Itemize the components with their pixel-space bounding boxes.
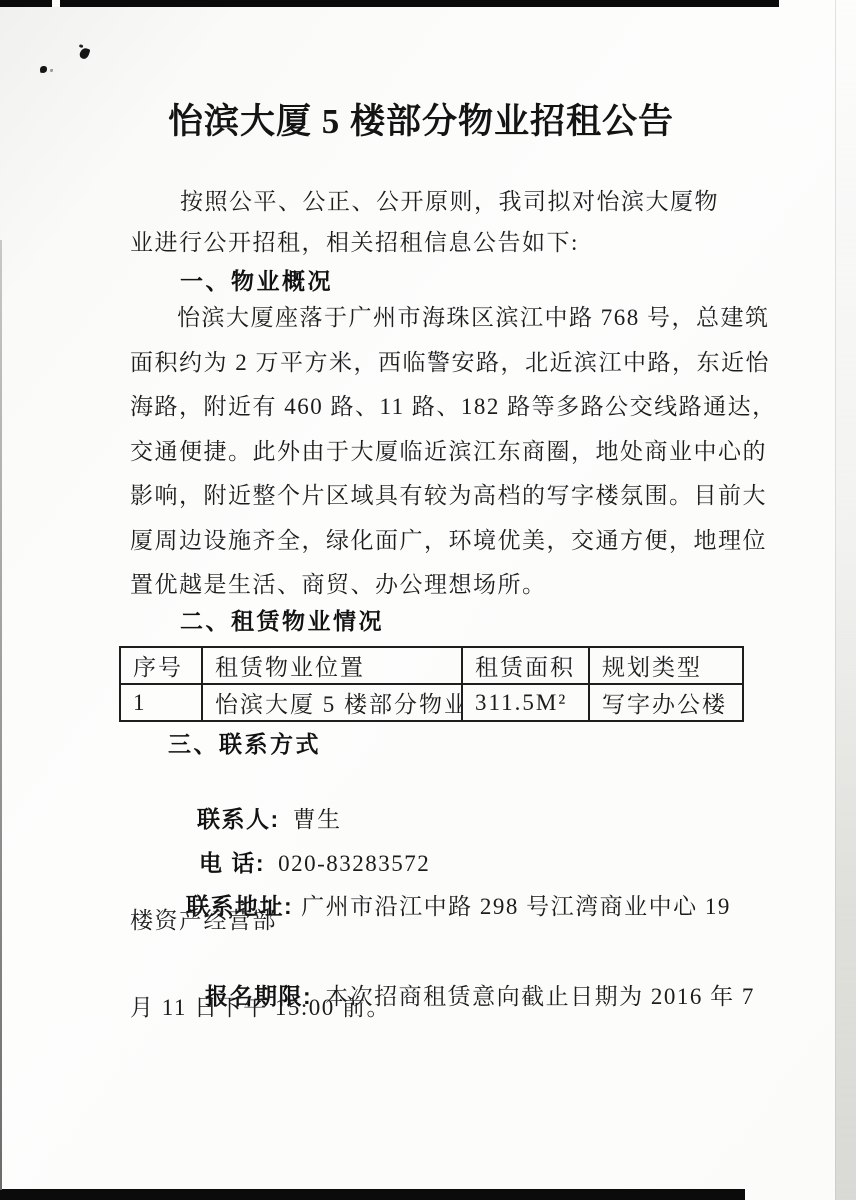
- overview-line-3: 海路，附近有 460 路、11 路、182 路等多路公交线路通达，: [130, 392, 777, 422]
- scanned-notice-page: 怡滨大厦 5 楼部分物业招租公告 按照公平、公正、公开原则，我司拟对怡滨大厦物 …: [0, 0, 856, 1200]
- overview-line-7: 置优越是生活、商贸、办公理想场所。: [130, 570, 547, 600]
- scan-edge-bottom: [0, 1189, 745, 1200]
- overview-line-2: 面积约为 2 万平方米，西临警安路，北近滨江中路，东近怡: [130, 348, 770, 378]
- overview-line-1: 怡滨大厦座落于广州市海珠区滨江中路 768 号，总建筑: [177, 303, 770, 333]
- table-header-row: 序号 租赁物业位置 租赁面积 规划类型: [120, 647, 743, 684]
- table-header-type: 规划类型: [589, 647, 743, 684]
- table-header-seq: 序号: [120, 647, 202, 684]
- cell-location: 怡滨大厦 5 楼部分物业: [202, 684, 462, 721]
- scan-speck: [40, 66, 47, 73]
- overview-line-5: 影响，附近整个片区域具有较为高档的写字楼氛围。目前大: [130, 481, 767, 511]
- section3-heading: 三、联系方式: [168, 729, 321, 759]
- scan-edge-right: [835, 0, 856, 1200]
- overview-line-4: 交通便捷。此外由于大厦临近滨江东商圈，地处商业中心的: [130, 437, 767, 467]
- section2-heading: 二、租赁物业情况: [180, 606, 384, 636]
- rental-property-table: 序号 租赁物业位置 租赁面积 规划类型 1 怡滨大厦 5 楼部分物业 311.5…: [119, 646, 744, 722]
- intro-line-1: 按照公平、公正、公开原则，我司拟对怡滨大厦物: [180, 187, 719, 217]
- section1-heading: 一、物业概况: [180, 266, 333, 296]
- table-header-location: 租赁物业位置: [202, 647, 462, 684]
- address-value: 广州市沿江中路 298 号江湾商业中心 19: [301, 894, 731, 919]
- cell-area: 311.5M²: [462, 684, 589, 721]
- cell-type: 写字办公楼: [589, 684, 743, 721]
- cell-seq: 1: [120, 684, 202, 721]
- address-line-2: 楼资产经营部: [130, 906, 277, 936]
- scan-speck: [79, 47, 91, 60]
- scan-edge-top-gap: [52, 0, 60, 7]
- table-header-area: 租赁面积: [462, 647, 589, 684]
- scan-edge-top: [0, 0, 779, 7]
- scan-edge-left: [0, 240, 2, 1190]
- deadline-line-2: 月 11 日下午 15:00 前。: [130, 993, 391, 1023]
- document-title: 怡滨大厦 5 楼部分物业招租公告: [0, 99, 842, 145]
- overview-line-6: 厦周边设施齐全，绿化面广，环境优美，交通方便，地理位: [130, 526, 767, 556]
- intro-line-2: 业进行公开招租，相关招租信息公告如下:: [130, 228, 579, 258]
- table-row: 1 怡滨大厦 5 楼部分物业 311.5M² 写字办公楼: [120, 684, 743, 721]
